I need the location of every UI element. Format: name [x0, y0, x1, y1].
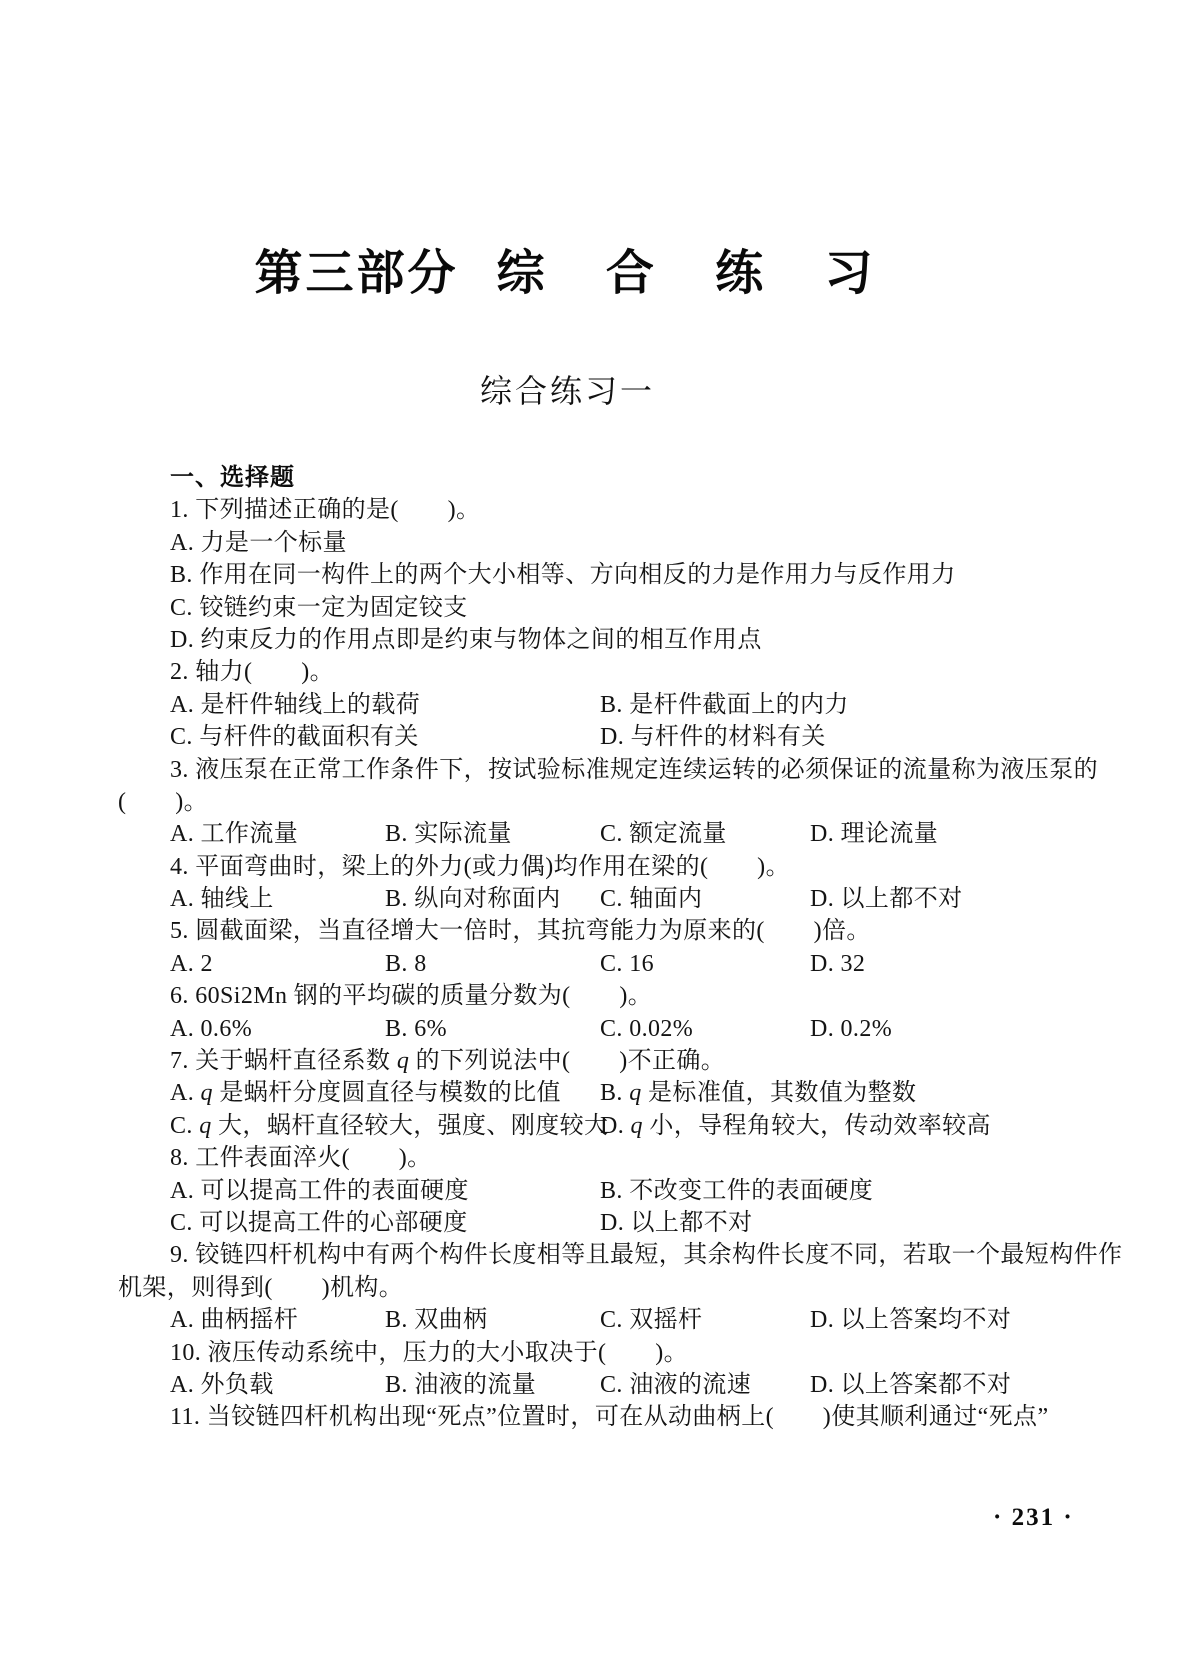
option-text: B. 是杆件截面上的内力: [600, 689, 849, 721]
text-line: A. 力是一个标量: [118, 527, 1085, 559]
option-text: C. 铰链约束一定为固定铰支: [170, 592, 468, 624]
section-heading: 一、选择题: [170, 462, 295, 494]
question-stem: 5. 圆截面梁，当直径增大一倍时，其抗弯能力为原来的( )倍。: [170, 915, 871, 947]
part-title: 第三部分综 合 练 习: [0, 244, 1177, 304]
text-line: 6. 60Si2Mn 钢的平均碳的质量分数为( )。: [118, 980, 1085, 1012]
option-text: A. 是杆件轴线上的载荷: [170, 689, 420, 721]
text-line: A. 2B. 8C. 16D. 32: [118, 948, 1085, 980]
question-lines: 1. 下列描述正确的是( )。A. 力是一个标量B. 作用在同一构件上的两个大小…: [118, 494, 1085, 1433]
question-stem: 4. 平面弯曲时，梁上的外力(或力偶)均作用在梁的( )。: [170, 851, 790, 883]
option-text: B. 油液的流量: [385, 1369, 536, 1401]
text-line: C. 可以提高工件的心部硬度D. 以上都不对: [118, 1207, 1085, 1239]
option-text: B. 实际流量: [385, 818, 512, 850]
option-text: C. 双摇杆: [600, 1304, 702, 1336]
option-text: C. 16: [600, 948, 654, 980]
option-text: D. q 小，导程角较大，传动效率较高: [600, 1110, 991, 1142]
option-text: D. 32: [810, 948, 865, 980]
option-text: B. 不改变工件的表面硬度: [600, 1175, 873, 1207]
text-line: 机架，则得到( )机构。: [118, 1272, 1085, 1304]
text-line: D. 约束反力的作用点即是约束与物体之间的相互作用点: [118, 624, 1085, 656]
option-text: A. q 是蜗杆分度圆直径与模数的比值: [170, 1077, 561, 1109]
option-text: B. 6%: [385, 1013, 447, 1045]
option-text: B. 纵向对称面内: [385, 883, 561, 915]
page-number: · 231 ·: [993, 1504, 1074, 1532]
question-stem: 机架，则得到( )机构。: [118, 1272, 403, 1304]
text-line: C. 铰链约束一定为固定铰支: [118, 592, 1085, 624]
option-text: A. 曲柄摇杆: [170, 1304, 298, 1336]
question-stem: 9. 铰链四杆机构中有两个构件长度相等且最短，其余构件长度不同，若取一个最短构件…: [170, 1239, 1122, 1271]
option-text: D. 0.2%: [810, 1013, 892, 1045]
text-line: 4. 平面弯曲时，梁上的外力(或力偶)均作用在梁的( )。: [118, 851, 1085, 883]
text-line: B. 作用在同一构件上的两个大小相等、方向相反的力是作用力与反作用力: [118, 559, 1085, 591]
option-text: A. 0.6%: [170, 1013, 252, 1045]
option-text: D. 约束反力的作用点即是约束与物体之间的相互作用点: [170, 624, 762, 656]
option-text: B. 作用在同一构件上的两个大小相等、方向相反的力是作用力与反作用力: [170, 559, 956, 591]
book-page: 第三部分综 合 练 习 综合练习一 一、选择题 1. 下列描述正确的是( )。A…: [0, 0, 1203, 1675]
question-stem: 7. 关于蜗杆直径系数 q 的下列说法中( )不正确。: [170, 1045, 725, 1077]
text-line: C. 与杆件的截面积有关D. 与杆件的材料有关: [118, 721, 1085, 753]
option-text: D. 以上答案均不对: [810, 1304, 1011, 1336]
question-stem: 1. 下列描述正确的是( )。: [170, 494, 480, 526]
text-line: A. 可以提高工件的表面硬度B. 不改变工件的表面硬度: [118, 1175, 1085, 1207]
option-text: C. 油液的流速: [600, 1369, 751, 1401]
part-title-main: 综 合 练 习: [497, 247, 897, 300]
option-text: C. q 大，蜗杆直径较大，强度、刚度较大: [170, 1110, 608, 1142]
question-stem: 8. 工件表面淬火( )。: [170, 1142, 432, 1174]
option-text: C. 额定流量: [600, 818, 727, 850]
text-line: 11. 当铰链四杆机构出现“死点”位置时，可在从动曲柄上( )使其顺利通过“死点…: [118, 1401, 1085, 1433]
option-text: A. 外负载: [170, 1369, 274, 1401]
exercise-title: 综合练习一: [0, 366, 1169, 412]
question-stem: 2. 轴力( )。: [170, 656, 334, 688]
section-heading-line: 一、选择题: [118, 462, 1085, 494]
text-line: A. 是杆件轴线上的载荷B. 是杆件截面上的内力: [118, 689, 1085, 721]
part-title-prefix: 第三部分: [254, 247, 458, 300]
option-text: B. q 是标准值，其数值为整数: [600, 1077, 916, 1109]
option-text: A. 可以提高工件的表面硬度: [170, 1175, 469, 1207]
option-text: D. 以上都不对: [810, 883, 963, 915]
option-text: D. 以上答案都不对: [810, 1369, 1011, 1401]
question-stem: 3. 液压泵在正常工作条件下，按试验标准规定连续运转的必须保证的流量称为液压泵的: [170, 754, 1098, 786]
option-text: A. 2: [170, 948, 213, 980]
option-text: B. 8: [385, 948, 427, 980]
question-stem: 11. 当铰链四杆机构出现“死点”位置时，可在从动曲柄上( )使其顺利通过“死点…: [170, 1401, 1049, 1433]
option-text: C. 0.02%: [600, 1013, 693, 1045]
option-text: D. 以上都不对: [600, 1207, 753, 1239]
option-text: C. 与杆件的截面积有关: [170, 721, 419, 753]
option-text: C. 轴面内: [600, 883, 702, 915]
text-line: 1. 下列描述正确的是( )。: [118, 494, 1085, 526]
option-text: D. 与杆件的材料有关: [600, 721, 826, 753]
question-stem: ( )。: [118, 786, 208, 818]
question-body: 一、选择题 1. 下列描述正确的是( )。A. 力是一个标量B. 作用在同一构件…: [118, 462, 1085, 1434]
text-line: A. 轴线上B. 纵向对称面内C. 轴面内D. 以上都不对: [118, 883, 1085, 915]
text-line: 2. 轴力( )。: [118, 656, 1085, 688]
text-line: A. 外负载B. 油液的流量C. 油液的流速D. 以上答案都不对: [118, 1369, 1085, 1401]
option-text: A. 工作流量: [170, 818, 298, 850]
option-text: A. 力是一个标量: [170, 527, 347, 559]
text-line: 8. 工件表面淬火( )。: [118, 1142, 1085, 1174]
question-stem: 10. 液压传动系统中，压力的大小取决于( )。: [170, 1337, 688, 1369]
text-line: A. 曲柄摇杆B. 双曲柄C. 双摇杆D. 以上答案均不对: [118, 1304, 1085, 1336]
text-line: 7. 关于蜗杆直径系数 q 的下列说法中( )不正确。: [118, 1045, 1085, 1077]
option-text: C. 可以提高工件的心部硬度: [170, 1207, 468, 1239]
text-line: 10. 液压传动系统中，压力的大小取决于( )。: [118, 1337, 1085, 1369]
text-line: 3. 液压泵在正常工作条件下，按试验标准规定连续运转的必须保证的流量称为液压泵的: [118, 754, 1085, 786]
question-stem: 6. 60Si2Mn 钢的平均碳的质量分数为( )。: [170, 980, 652, 1012]
option-text: A. 轴线上: [170, 883, 274, 915]
option-text: B. 双曲柄: [385, 1304, 487, 1336]
text-line: A. q 是蜗杆分度圆直径与模数的比值B. q 是标准值，其数值为整数: [118, 1077, 1085, 1109]
text-line: 9. 铰链四杆机构中有两个构件长度相等且最短，其余构件长度不同，若取一个最短构件…: [118, 1239, 1085, 1271]
option-text: D. 理论流量: [810, 818, 938, 850]
text-line: 5. 圆截面梁，当直径增大一倍时，其抗弯能力为原来的( )倍。: [118, 915, 1085, 947]
text-line: C. q 大，蜗杆直径较大，强度、刚度较大D. q 小，导程角较大，传动效率较高: [118, 1110, 1085, 1142]
text-line: ( )。: [118, 786, 1085, 818]
text-line: A. 工作流量B. 实际流量C. 额定流量D. 理论流量: [118, 818, 1085, 850]
text-line: A. 0.6%B. 6%C. 0.02%D. 0.2%: [118, 1013, 1085, 1045]
